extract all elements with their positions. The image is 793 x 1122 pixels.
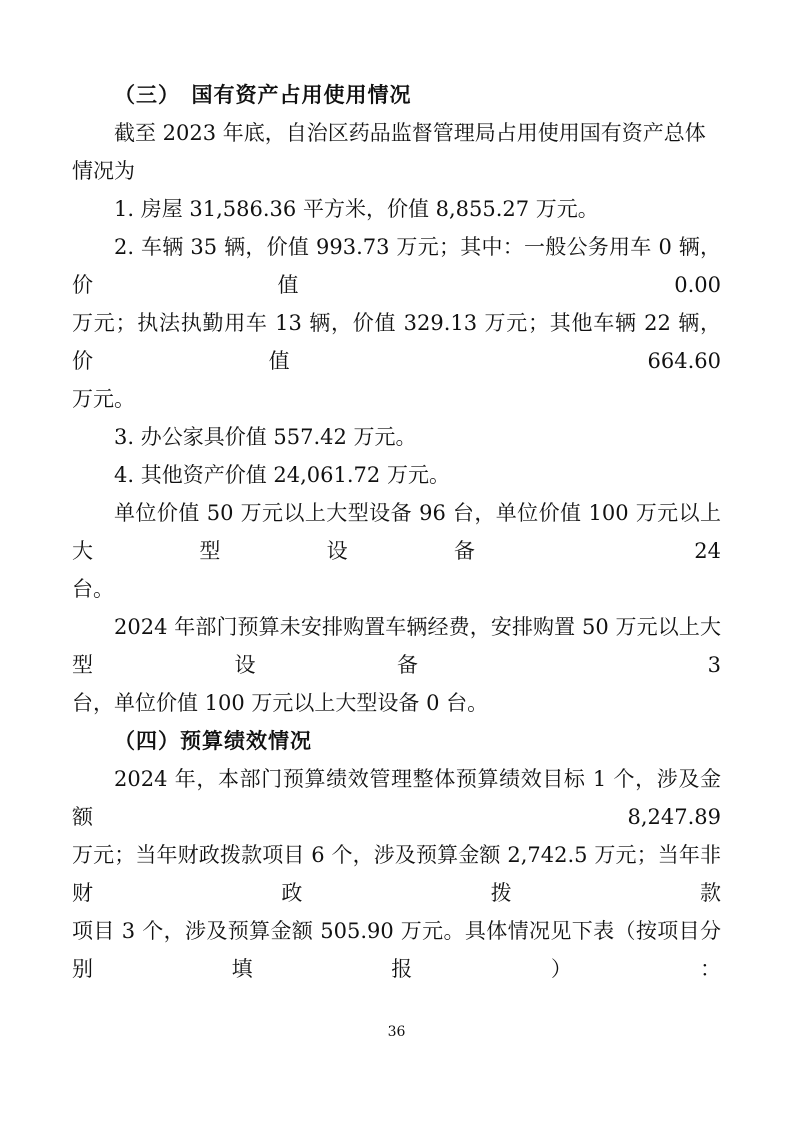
body-line-item-1-housing: 1. 房屋 31,586.36 平方米，价值 8,855.27 万元。 <box>72 190 721 228</box>
body-line: 万元；当年财政拨款项目 6 个，涉及预算金额 2,742.5 万元；当年非财政拨… <box>72 836 721 912</box>
body-line-2024-budget: 2024 年部门预算未安排购置车辆经费，安排购置 50 万元以上大型设备 3 <box>72 608 721 684</box>
page-number: 36 <box>0 1022 793 1042</box>
body-line-performance-targets: 2024 年，本部门预算绩效管理整体预算绩效目标 1 个，涉及金额 8,247.… <box>72 760 721 836</box>
body-line: 台。 <box>72 570 721 608</box>
document-body: （三） 国有资产占用使用情况 截至 2023 年底，自治区药品监督管理局占用使用… <box>72 76 721 988</box>
document-page: （三） 国有资产占用使用情况 截至 2023 年底，自治区药品监督管理局占用使用… <box>0 0 793 1122</box>
body-line: 万元。 <box>72 380 721 418</box>
body-line-item-4-other-assets: 4. 其他资产价值 24,061.72 万元。 <box>72 456 721 494</box>
body-line: 项目 3 个，涉及预算金额 505.90 万元。具体情况见下表（按项目分别填报）… <box>72 912 721 988</box>
body-line: 台，单位价值 100 万元以上大型设备 0 台。 <box>72 684 721 722</box>
body-line-item-3-furniture: 3. 办公家具价值 557.42 万元。 <box>72 418 721 456</box>
body-line: 万元；执法执勤用车 13 辆，价值 329.13 万元；其他车辆 22 辆，价值… <box>72 304 721 380</box>
section-heading-budget-performance: （四）预算绩效情况 <box>72 722 721 760</box>
section-heading-state-assets: （三） 国有资产占用使用情况 <box>72 76 721 114</box>
body-line-item-2-vehicles: 2. 车辆 35 辆，价值 993.73 万元；其中：一般公务用车 0 辆，价值… <box>72 228 721 304</box>
body-line-equipment: 单位价值 50 万元以上大型设备 96 台，单位价值 100 万元以上大型设备 … <box>72 494 721 570</box>
body-line: 截至 2023 年底，自治区药品监督管理局占用使用国有资产总体情况为 <box>72 114 721 190</box>
